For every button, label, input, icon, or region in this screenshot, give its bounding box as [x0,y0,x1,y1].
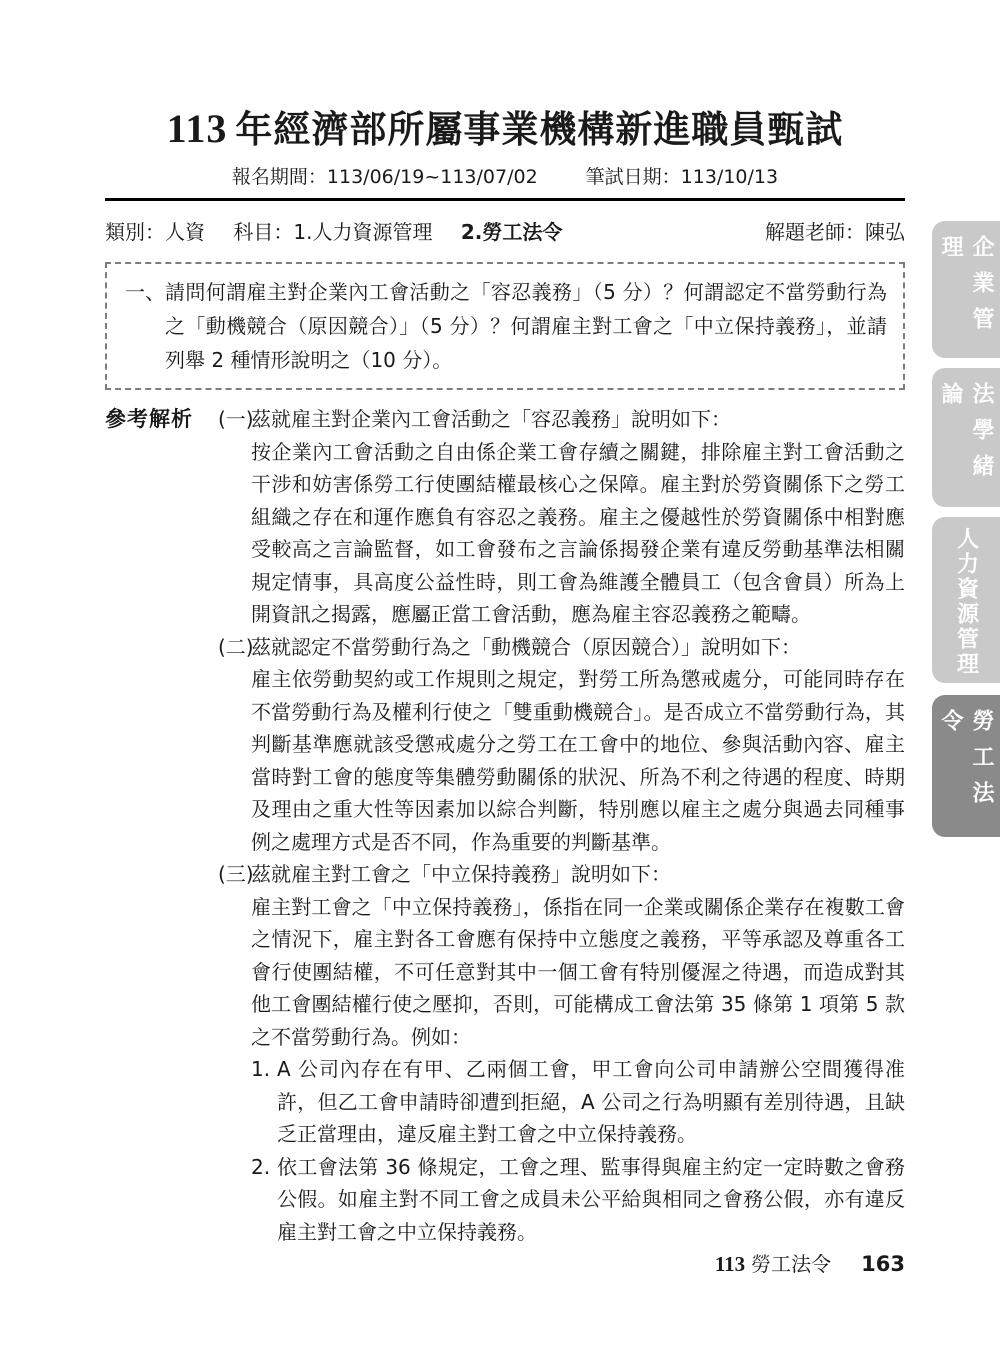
section-1-body: 按企業內工會活動之自由係企業工會存續之關鍵，排除雇主對工會活動之干涉和妨害係勞工… [251,436,905,631]
category-subjects: 類別：人資 科目：1.人力資源管理 2.勞工法令 [105,216,562,245]
sidebar-tab-labor-law-active: 勞工法令 [932,695,1000,837]
question-text: 請問何謂雇主對企業內工會活動之「容忍義務」（5 分）？何謂認定不當勞動行為之「動… [165,275,887,377]
example-1: 1. A 公司內存在有甲、乙兩個工會，甲工會向公司申請辦公空間獲得准許，但乙工會… [251,1053,905,1151]
exam-dates-row: 報名期間：113/06/19~113/07/02 筆試日期：113/10/13 [105,162,905,189]
page-title: 113年經濟部所屬事業機構新進職員甄試 [105,104,905,154]
page-content: 113年經濟部所屬事業機構新進職員甄試 報名期間：113/06/19~113/0… [105,0,905,1248]
subject-1-label: 科目：1.人力資源管理 [233,220,432,244]
sidebar-tab-introduction-to-law-label: 法學緒論 [935,368,997,507]
question-number: 一、 [125,275,165,377]
section-2-body: 雇主依勞動契約或工作規則之規定，對勞工所為懲戒處分，可能同時存在不當勞動行為及權… [251,663,905,858]
section-2-marker: (二) [218,631,251,859]
title-year: 113 [167,106,228,151]
section-3-content: 茲就雇主對工會之「中立保持義務」說明如下： 雇主對工會之「中立保持義務」，係指在… [251,858,905,1248]
footer-year: 113 [715,1252,745,1276]
exam-solution-page: 113年經濟部所屬事業機構新進職員甄試 報名期間：113/06/19~113/0… [0,0,1000,1353]
section-3-body: 雇主對工會之「中立保持義務」，係指在同一企業或關係企業存在複數工會之情況下，雇主… [251,891,905,1054]
reference-analysis: 參考解析 (一) 茲就雇主對企業內工會活動之「容忍義務」說明如下： 按企業內工會… [105,403,905,1248]
written-exam-date: 筆試日期：113/10/13 [586,162,778,189]
title-text: 年經濟部所屬事業機構新進職員甄試 [235,108,843,151]
section-2-content: 茲就認定不當勞動行為之「動機競合（原因競合）」說明如下： 雇主依勞動契約或工作規… [251,631,905,859]
header-divider [105,198,905,201]
subject-2-label: 2.勞工法令 [461,220,563,244]
example-2-text: 依工會法第 36 條規定，工會之理、監事得與雇主約定一定時數之會務公假。如雇主對… [277,1151,905,1249]
footer-page-number: 163 [861,1252,905,1276]
category-label: 類別：人資 [105,220,205,244]
section-1-content: 茲就雇主對企業內工會活動之「容忍義務」說明如下： 按企業內工會活動之自由係企業工… [251,403,905,631]
sidebar-tab-human-resource-management-label: 人力資源管理 [951,524,982,677]
footer-subject: 勞工法令 [751,1252,831,1276]
analysis-section-1: (一) 茲就雇主對企業內工會活動之「容忍義務」說明如下： 按企業內工會活動之自由… [218,403,905,631]
sidebar-tab-business-management-label: 企業管理 [935,221,997,358]
example-1-text: A 公司內存在有甲、乙兩個工會，甲工會向公司申請辦公空間獲得准許，但乙工會申請時… [277,1053,905,1151]
teacher-label: 解題老師：陳弘 [765,216,905,245]
section-1-marker: (一) [218,403,251,631]
analysis-label: 參考解析 [105,403,218,1248]
registration-period: 報名期間：113/06/19~113/07/02 [232,162,538,189]
example-1-number: 1. [251,1053,277,1151]
example-2-number: 2. [251,1151,277,1249]
section-3-marker: (三) [218,858,251,1248]
section-3-heading: 茲就雇主對工會之「中立保持義務」說明如下： [251,858,905,891]
question-box: 一、 請問何謂雇主對企業內工會活動之「容忍義務」（5 分）？何謂認定不當勞動行為… [105,262,905,390]
analysis-sections: (一) 茲就雇主對企業內工會活動之「容忍義務」說明如下： 按企業內工會活動之自由… [218,403,905,1248]
analysis-section-3: (三) 茲就雇主對工會之「中立保持義務」說明如下： 雇主對工會之「中立保持義務」… [218,858,905,1248]
sidebar-tab-human-resource-management: 人力資源管理 [932,517,1000,683]
meta-row: 類別：人資 科目：1.人力資源管理 2.勞工法令 解題老師：陳弘 [105,216,905,245]
page-footer: 113勞工法令163 [105,1248,905,1277]
section-2-heading: 茲就認定不當勞動行為之「動機競合（原因競合）」說明如下： [251,631,905,664]
example-2: 2. 依工會法第 36 條規定，工會之理、監事得與雇主約定一定時數之會務公假。如… [251,1151,905,1249]
section-1-heading: 茲就雇主對企業內工會活動之「容忍義務」說明如下： [251,403,905,436]
sidebar-tab-introduction-to-law: 法學緒論 [932,368,1000,507]
analysis-section-2: (二) 茲就認定不當勞動行為之「動機競合（原因競合）」說明如下： 雇主依勞動契約… [218,631,905,859]
sidebar-tab-business-management: 企業管理 [932,221,1000,358]
sidebar-tab-labor-law-label: 勞工法令 [935,695,997,837]
